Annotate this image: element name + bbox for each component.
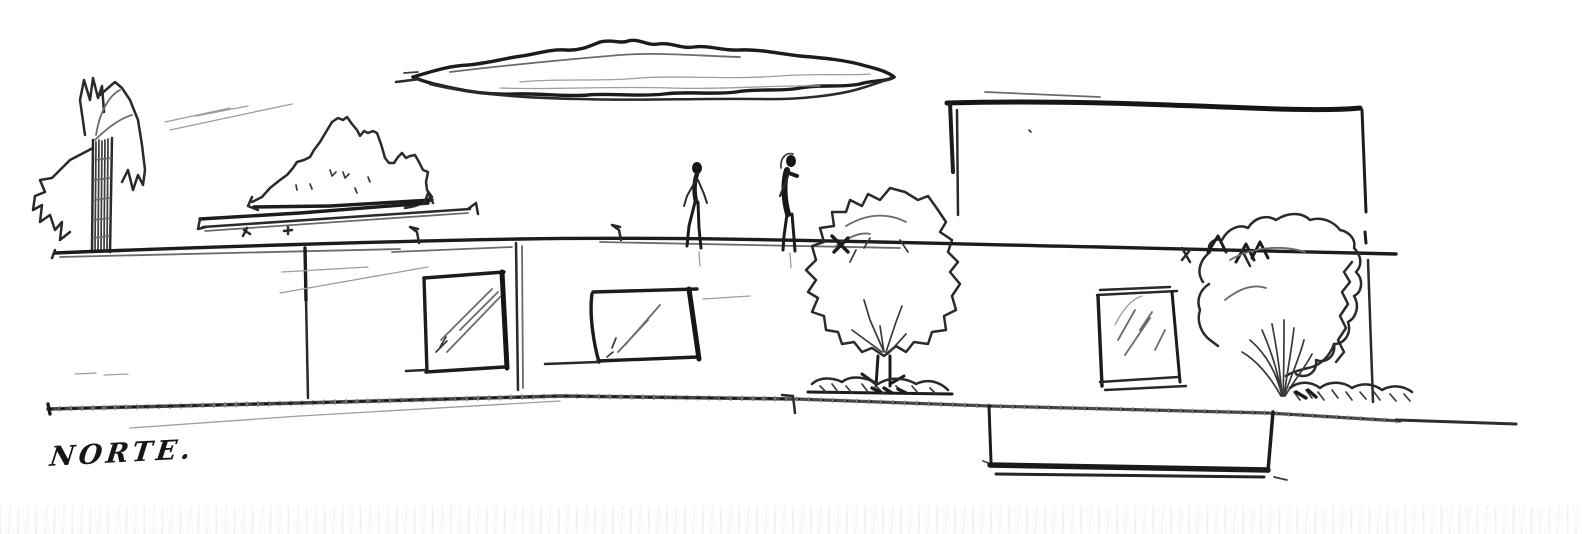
- cloud-sketch: [396, 40, 894, 99]
- sketch-page: NORTE.: [0, 0, 1582, 534]
- planter-ledge: [198, 193, 478, 231]
- person-figure-2: [780, 154, 797, 268]
- person-figure-1: [684, 162, 707, 266]
- hedge-on-planter-sketch: [165, 104, 432, 210]
- round-tree-sketch: [806, 188, 960, 394]
- bushy-tree-sketch: [1182, 214, 1412, 401]
- palm-tree-sketch: [33, 78, 145, 252]
- sketch-canvas: [0, 0, 1582, 534]
- window-3: [1097, 287, 1186, 390]
- upper-volume-outline: [947, 92, 1366, 243]
- deck-line: [52, 225, 1396, 258]
- scan-noise-texture: [0, 506, 1582, 534]
- window-1: [406, 272, 507, 372]
- sunken-step-outline: [983, 406, 1287, 480]
- window-2: [545, 289, 699, 364]
- ground-line: [48, 373, 1516, 428]
